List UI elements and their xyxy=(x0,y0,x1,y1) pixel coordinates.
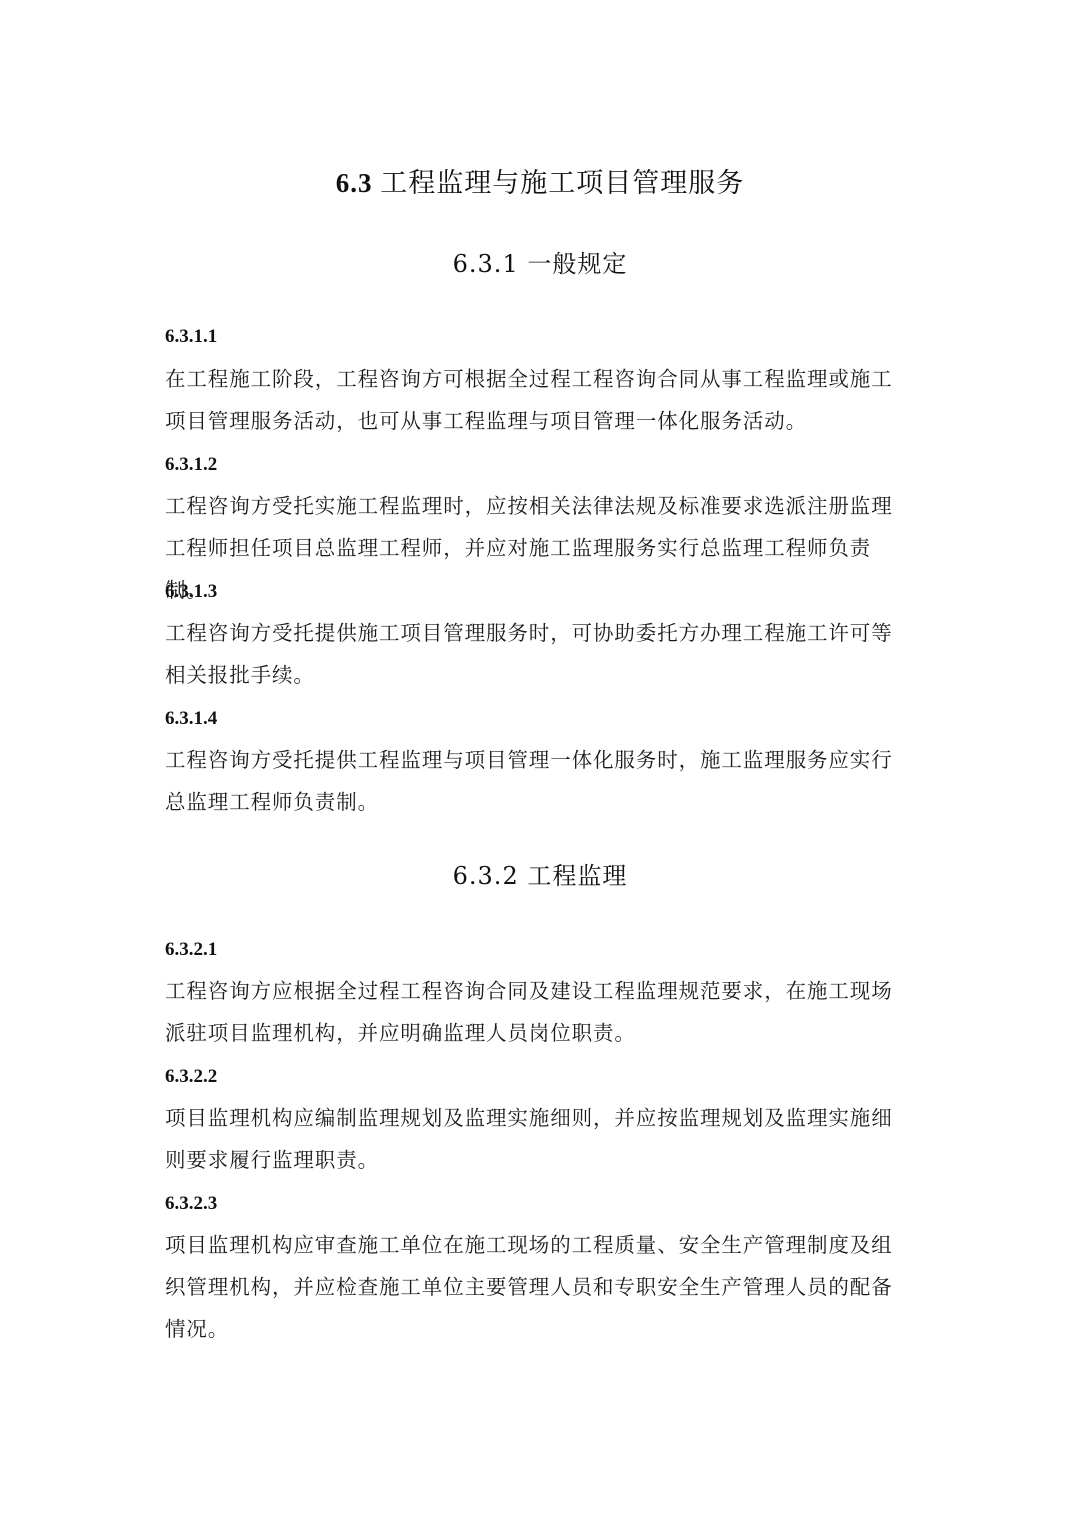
clause-number: 6.3.1.4 xyxy=(165,706,217,732)
clause-text: 项目监理机构应审查施工单位在施工现场的工程质量、安全生产管理制度及组织管理机构，… xyxy=(165,1224,905,1350)
clause-number: 6.3.2.1 xyxy=(165,937,217,963)
clause-text: 项目监理机构应编制监理规划及监理实施细则，并应按监理规划及监理实施细则要求履行监… xyxy=(165,1097,905,1181)
clause-text: 工程咨询方受托提供工程监理与项目管理一体化服务时，施工监理服务应实行总监理工程师… xyxy=(165,739,905,823)
clause-number: 6.3.1.1 xyxy=(165,324,217,350)
clause-number: 6.3.2.3 xyxy=(165,1191,217,1217)
page-title-text: 工程监理与施工项目管理服务 xyxy=(380,168,744,198)
clause-number: 6.3.1.3 xyxy=(165,579,217,605)
clause-text: 工程咨询方受托提供施工项目管理服务时，可协助委托方办理工程施工许可等相关报批手续… xyxy=(165,612,905,696)
clause-text: 工程咨询方应根据全过程工程咨询合同及建设工程监理规范要求，在施工现场派驻项目监理… xyxy=(165,970,905,1054)
clause-text: 工程咨询方受托实施工程监理时，应按相关法律法规及标准要求选派注册监理工程师担任项… xyxy=(165,485,905,611)
page-title: 6.3 工程监理与施工项目管理服务 xyxy=(0,163,1080,203)
clause-number: 6.3.1.2 xyxy=(165,452,217,478)
section-heading-general: 6.3.1 一般规定 xyxy=(0,246,1080,282)
page-title-number: 6.3 xyxy=(336,168,373,198)
clause-number: 6.3.2.2 xyxy=(165,1064,217,1090)
document-page: 6.3 工程监理与施工项目管理服务 6.3.1 一般规定 6.3.1.1 在工程… xyxy=(0,0,1080,1527)
section-heading-supervision: 6.3.2 工程监理 xyxy=(0,858,1080,894)
clause-text: 在工程施工阶段，工程咨询方可根据全过程工程咨询合同从事工程监理或施工项目管理服务… xyxy=(165,358,905,442)
